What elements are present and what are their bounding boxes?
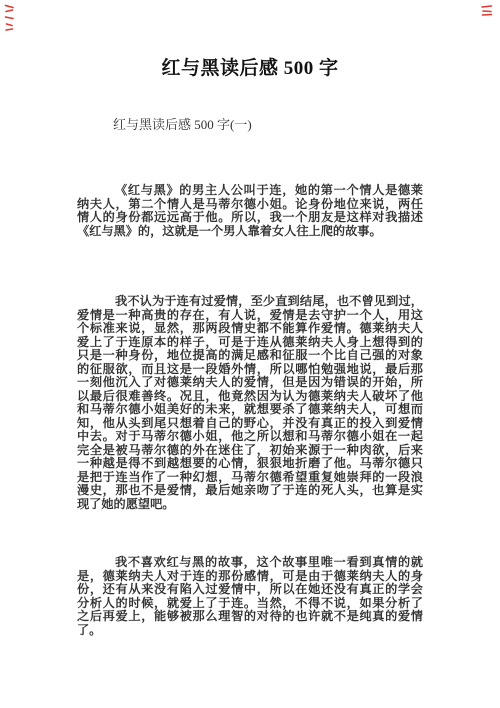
paragraph-3: 我不喜欢红与黑的故事，这个故事里唯一看到真情的就是，德莱纳夫人对于连的那份感情，…	[77, 556, 423, 637]
paragraph-line: 以最后很难善终。况且，他竟然因为认为德莱纳夫人破坏了他	[77, 390, 423, 404]
paragraph-line: 和马蒂尔德小姐美好的未来，就想要杀了德莱纳夫人，可想而	[77, 403, 423, 417]
paragraph-line: 了。	[77, 624, 423, 638]
paragraph-1: 《红与黑》的男主人公叫于连，她的第一个情人是德莱纳夫人，第二个情人是马蒂尔德小姐…	[77, 184, 423, 238]
paragraph-line: 只是一种身份，地位提高的满足感和征服一个比自己强的对象	[77, 349, 423, 363]
paragraph-line: 完全是被马蒂尔德的外在迷住了，初始来源于一种肉欲，后来	[77, 444, 423, 458]
section-heading: 红与黑读后感 500 字(一)	[113, 117, 252, 133]
paragraph-line: 份，还有从来没有陷入过爱情中，所以在她还没有真正的学会	[77, 583, 423, 597]
paragraph-line: 中去。对于马蒂尔德小姐，他之所以想和马蒂尔德小姐在一起	[77, 430, 423, 444]
paragraph-line: 我不喜欢红与黑的故事，这个故事里唯一看到真情的就	[77, 556, 423, 570]
paragraph-line: 现了她的愿望吧。	[77, 498, 423, 512]
paragraph-line: 个标准来说，显然，那两段情史都不能算作爱情。德莱纳夫人	[77, 322, 423, 336]
paragraph-line: 一刻他沉入了对德莱纳夫人的爱情，但是因为错误的开始，所	[77, 376, 423, 390]
paragraph-line: 一种越是得不到越想要的心情，狠狠地折磨了他。马蒂尔德只	[77, 457, 423, 471]
paragraph-2: 我不认为于连有过爱情，至少直到结尾，也不曾见到过，爱情是一种高贵的存在，有人说，…	[77, 295, 423, 511]
paragraph-line: 知，他从头到尾只想着自己的野心，并没有真正的投入到爱情	[77, 417, 423, 431]
paragraph-line: 我不认为于连有过爱情，至少直到结尾，也不曾见到过，	[77, 295, 423, 309]
paragraph-line: 分析人的时候，就爱上了于连。当然，不得不说，如果分析了	[77, 597, 423, 611]
red-stamp-right-icon	[480, 4, 494, 17]
paragraph-line: 爱情是一种高贵的存在，有人说，爱情是去守护一个人，用这	[77, 309, 423, 323]
red-stamp-left-icon	[3, 3, 16, 33]
paragraph-line: 漫史，那也不是爱情，最后她亲吻了于连的死人头，也算是实	[77, 484, 423, 498]
paragraph-line: 纳夫人，第二个情人是马蒂尔德小姐。论身份地位来说，两任	[77, 198, 423, 212]
paragraph-line: 是把于连当作了一种幻想，马蒂尔德希望重复她崇拜的一段浪	[77, 471, 423, 485]
paragraph-line: 是，德莱纳夫人对于连的那份感情，可是由于德莱纳夫人的身	[77, 570, 423, 584]
paragraph-line: 情人的身份都远远高于他。所以，我一个朋友是这样对我描述	[77, 211, 423, 225]
paragraph-line: 之后再爱上，能够被那么理智的对待的也许就不是纯真的爱情	[77, 610, 423, 624]
paragraph-line: 的征服欲，而且这是一段婚外情，所以哪怕勉强地说，最后那	[77, 363, 423, 377]
paragraph-line: 《红与黑》的男主人公叫于连，她的第一个情人是德莱	[77, 184, 423, 198]
document-title: 红与黑读后感 500 字	[0, 57, 500, 81]
document-page: 红与黑读后感 500 字 红与黑读后感 500 字(一) 《红与黑》的男主人公叫…	[0, 0, 500, 708]
paragraph-line: 《红与黑》的，这就是一个男人靠着女人往上爬的故事。	[77, 225, 423, 239]
paragraph-line: 爱上了于连原本的样子，可是于连从德莱纳夫人身上想得到的	[77, 336, 423, 350]
